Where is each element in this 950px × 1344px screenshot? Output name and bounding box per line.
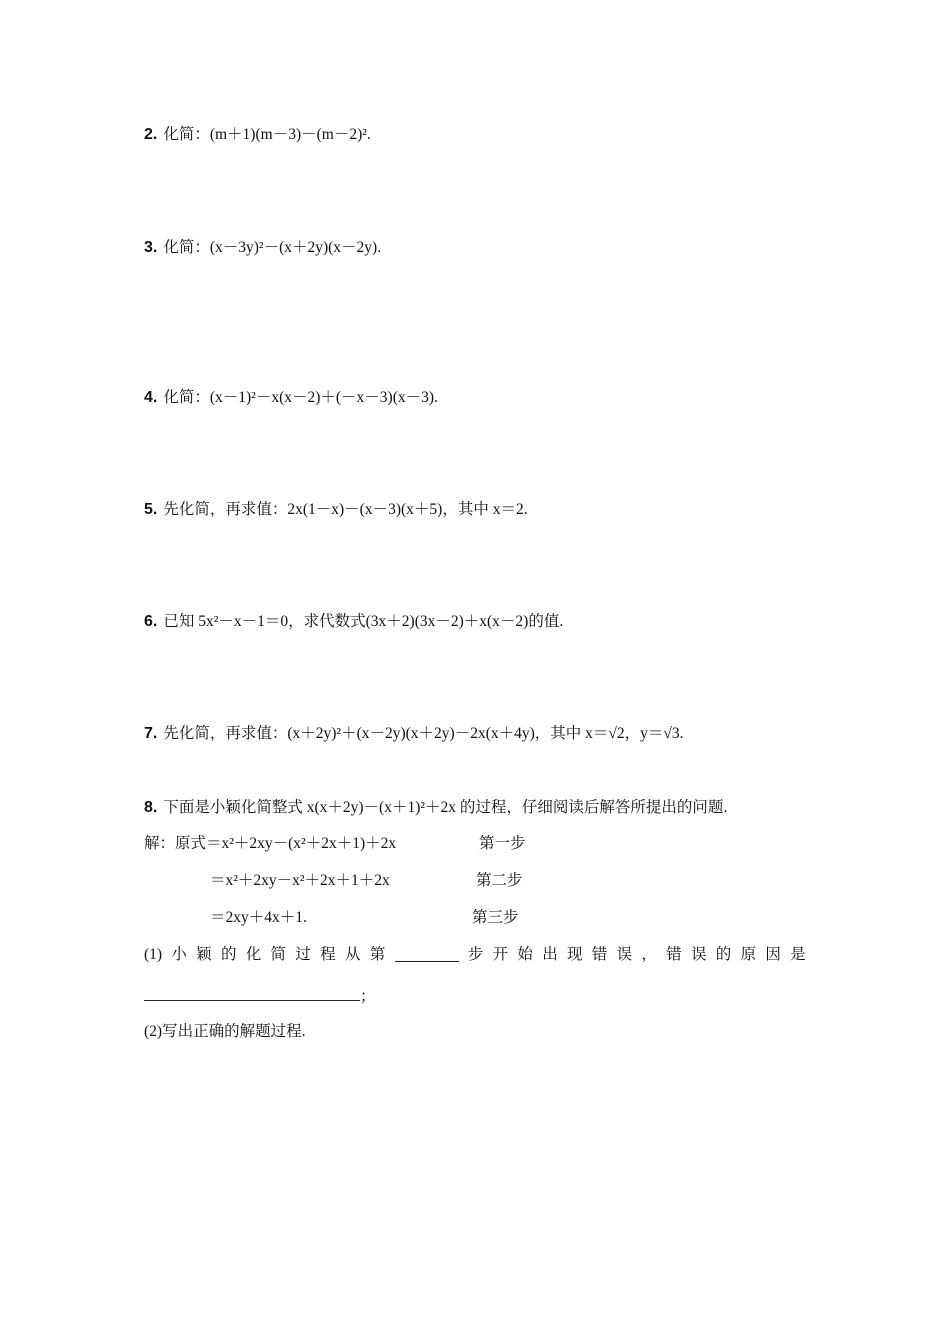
problem-text: 化简：(x－3y)²－(x＋2y)(x－2y). <box>163 239 381 256</box>
problem-number: 7. <box>144 725 157 742</box>
problem-number: 8. <box>144 799 157 816</box>
problem-text: 化简：(m＋1)(m－3)－(m－2)². <box>163 126 370 143</box>
solution-step-text: ＝x²＋2xy－x²＋2x＋1＋2x <box>210 872 390 889</box>
question-1-line: (1) 小 颖 的 化 简 过 程 从 第 步 开 始 出 现 错 误 ， 错 … <box>144 945 806 965</box>
question-text: (2)写出正确的解题过程. <box>144 1023 305 1040</box>
question-text: 化 <box>246 945 262 965</box>
question-text: 错 <box>666 945 682 965</box>
question-text: 简 <box>271 945 287 965</box>
problem-number: 3. <box>144 239 157 256</box>
question-text: 开 <box>493 945 509 965</box>
question-text: (1) <box>144 945 162 965</box>
problem-8-prompt: 8.下面是小颖化简整式 x(x＋2y)－(x＋1)²＋2x 的过程，仔细阅读后解… <box>144 798 727 818</box>
problem-number: 6. <box>144 613 157 630</box>
question-text: 小 <box>171 945 187 965</box>
question-text: 程 <box>320 945 336 965</box>
problem-number: 2. <box>144 126 157 143</box>
worksheet-page: 2.化简：(m＋1)(m－3)－(m－2)². 3.化简：(x－3y)²－(x＋… <box>0 0 950 1344</box>
problem-2: 2.化简：(m＋1)(m－3)－(m－2)². <box>144 125 371 145</box>
question-text: 始 <box>517 945 533 965</box>
question-text: 过 <box>295 945 311 965</box>
question-text: 误 <box>691 945 707 965</box>
question-text: 的 <box>716 945 732 965</box>
step-label-3: 第三步 <box>472 908 519 928</box>
problem-number: 4. <box>144 389 157 406</box>
question-text: 错 <box>592 945 608 965</box>
solution-step-1: 解：原式＝x²＋2xy－(x²＋2x＋1)＋2x <box>144 834 396 854</box>
question-text: 的 <box>221 945 237 965</box>
solution-step-2: ＝x²＋2xy－x²＋2x＋1＋2x <box>210 871 390 891</box>
question-text: 是 <box>790 945 806 965</box>
step-label-1: 第一步 <box>479 834 526 854</box>
question-text: 从 <box>345 945 361 965</box>
problem-7: 7.先化简，再求值：(x＋2y)²＋(x－2y)(x＋2y)－2x(x＋4y)，… <box>144 724 684 744</box>
problem-text: 先化简，再求值：(x＋2y)²＋(x－2y)(x＋2y)－2x(x＋4y)，其中… <box>163 725 683 742</box>
problem-3: 3.化简：(x－3y)²－(x＋2y)(x－2y). <box>144 238 381 258</box>
question-text: 步 <box>468 945 484 965</box>
problem-6: 6.已知 5x²－x－1＝0，求代数式(3x＋2)(3x－2)＋x(x－2)的值… <box>144 612 563 632</box>
problem-5: 5.先化简，再求值：2x(1－x)－(x－3)(x＋5)，其中 x＝2. <box>144 500 528 520</box>
solution-step-3: ＝2xy＋4x＋1. <box>210 908 307 928</box>
problem-text: 下面是小颖化简整式 x(x＋2y)－(x＋1)²＋2x 的过程，仔细阅读后解答所… <box>163 799 727 816</box>
question-text: 误 <box>617 945 633 965</box>
question-text: ， <box>641 945 657 965</box>
problem-text: 已知 5x²－x－1＝0，求代数式(3x＋2)(3x－2)＋x(x－2)的值. <box>163 613 563 630</box>
question-2: (2)写出正确的解题过程. <box>144 1022 305 1042</box>
question-text: 第 <box>370 945 386 965</box>
question-text: 原 <box>741 945 757 965</box>
problem-text: 化简：(x－1)²－x(x－2)＋(－x－3)(x－3). <box>163 389 438 406</box>
answer-blank-step[interactable] <box>395 945 459 962</box>
solution-step-text: ＝2xy＋4x＋1. <box>210 909 307 926</box>
question-text: 因 <box>765 945 781 965</box>
step-label-2: 第二步 <box>476 871 523 891</box>
problem-4: 4.化简：(x－1)²－x(x－2)＋(－x－3)(x－3). <box>144 388 438 408</box>
question-text: 现 <box>567 945 583 965</box>
problem-text: 先化简，再求值：2x(1－x)－(x－3)(x＋5)，其中 x＝2. <box>163 501 527 518</box>
question-text: ； <box>360 988 376 1005</box>
answer-blank-reason[interactable] <box>144 984 360 1001</box>
problem-number: 5. <box>144 501 157 518</box>
solution-step-text: 解：原式＝x²＋2xy－(x²＋2x＋1)＋2x <box>144 835 396 852</box>
question-text: 颖 <box>196 945 212 965</box>
question-1-line-2: ； <box>144 984 376 1007</box>
question-text: 出 <box>542 945 558 965</box>
